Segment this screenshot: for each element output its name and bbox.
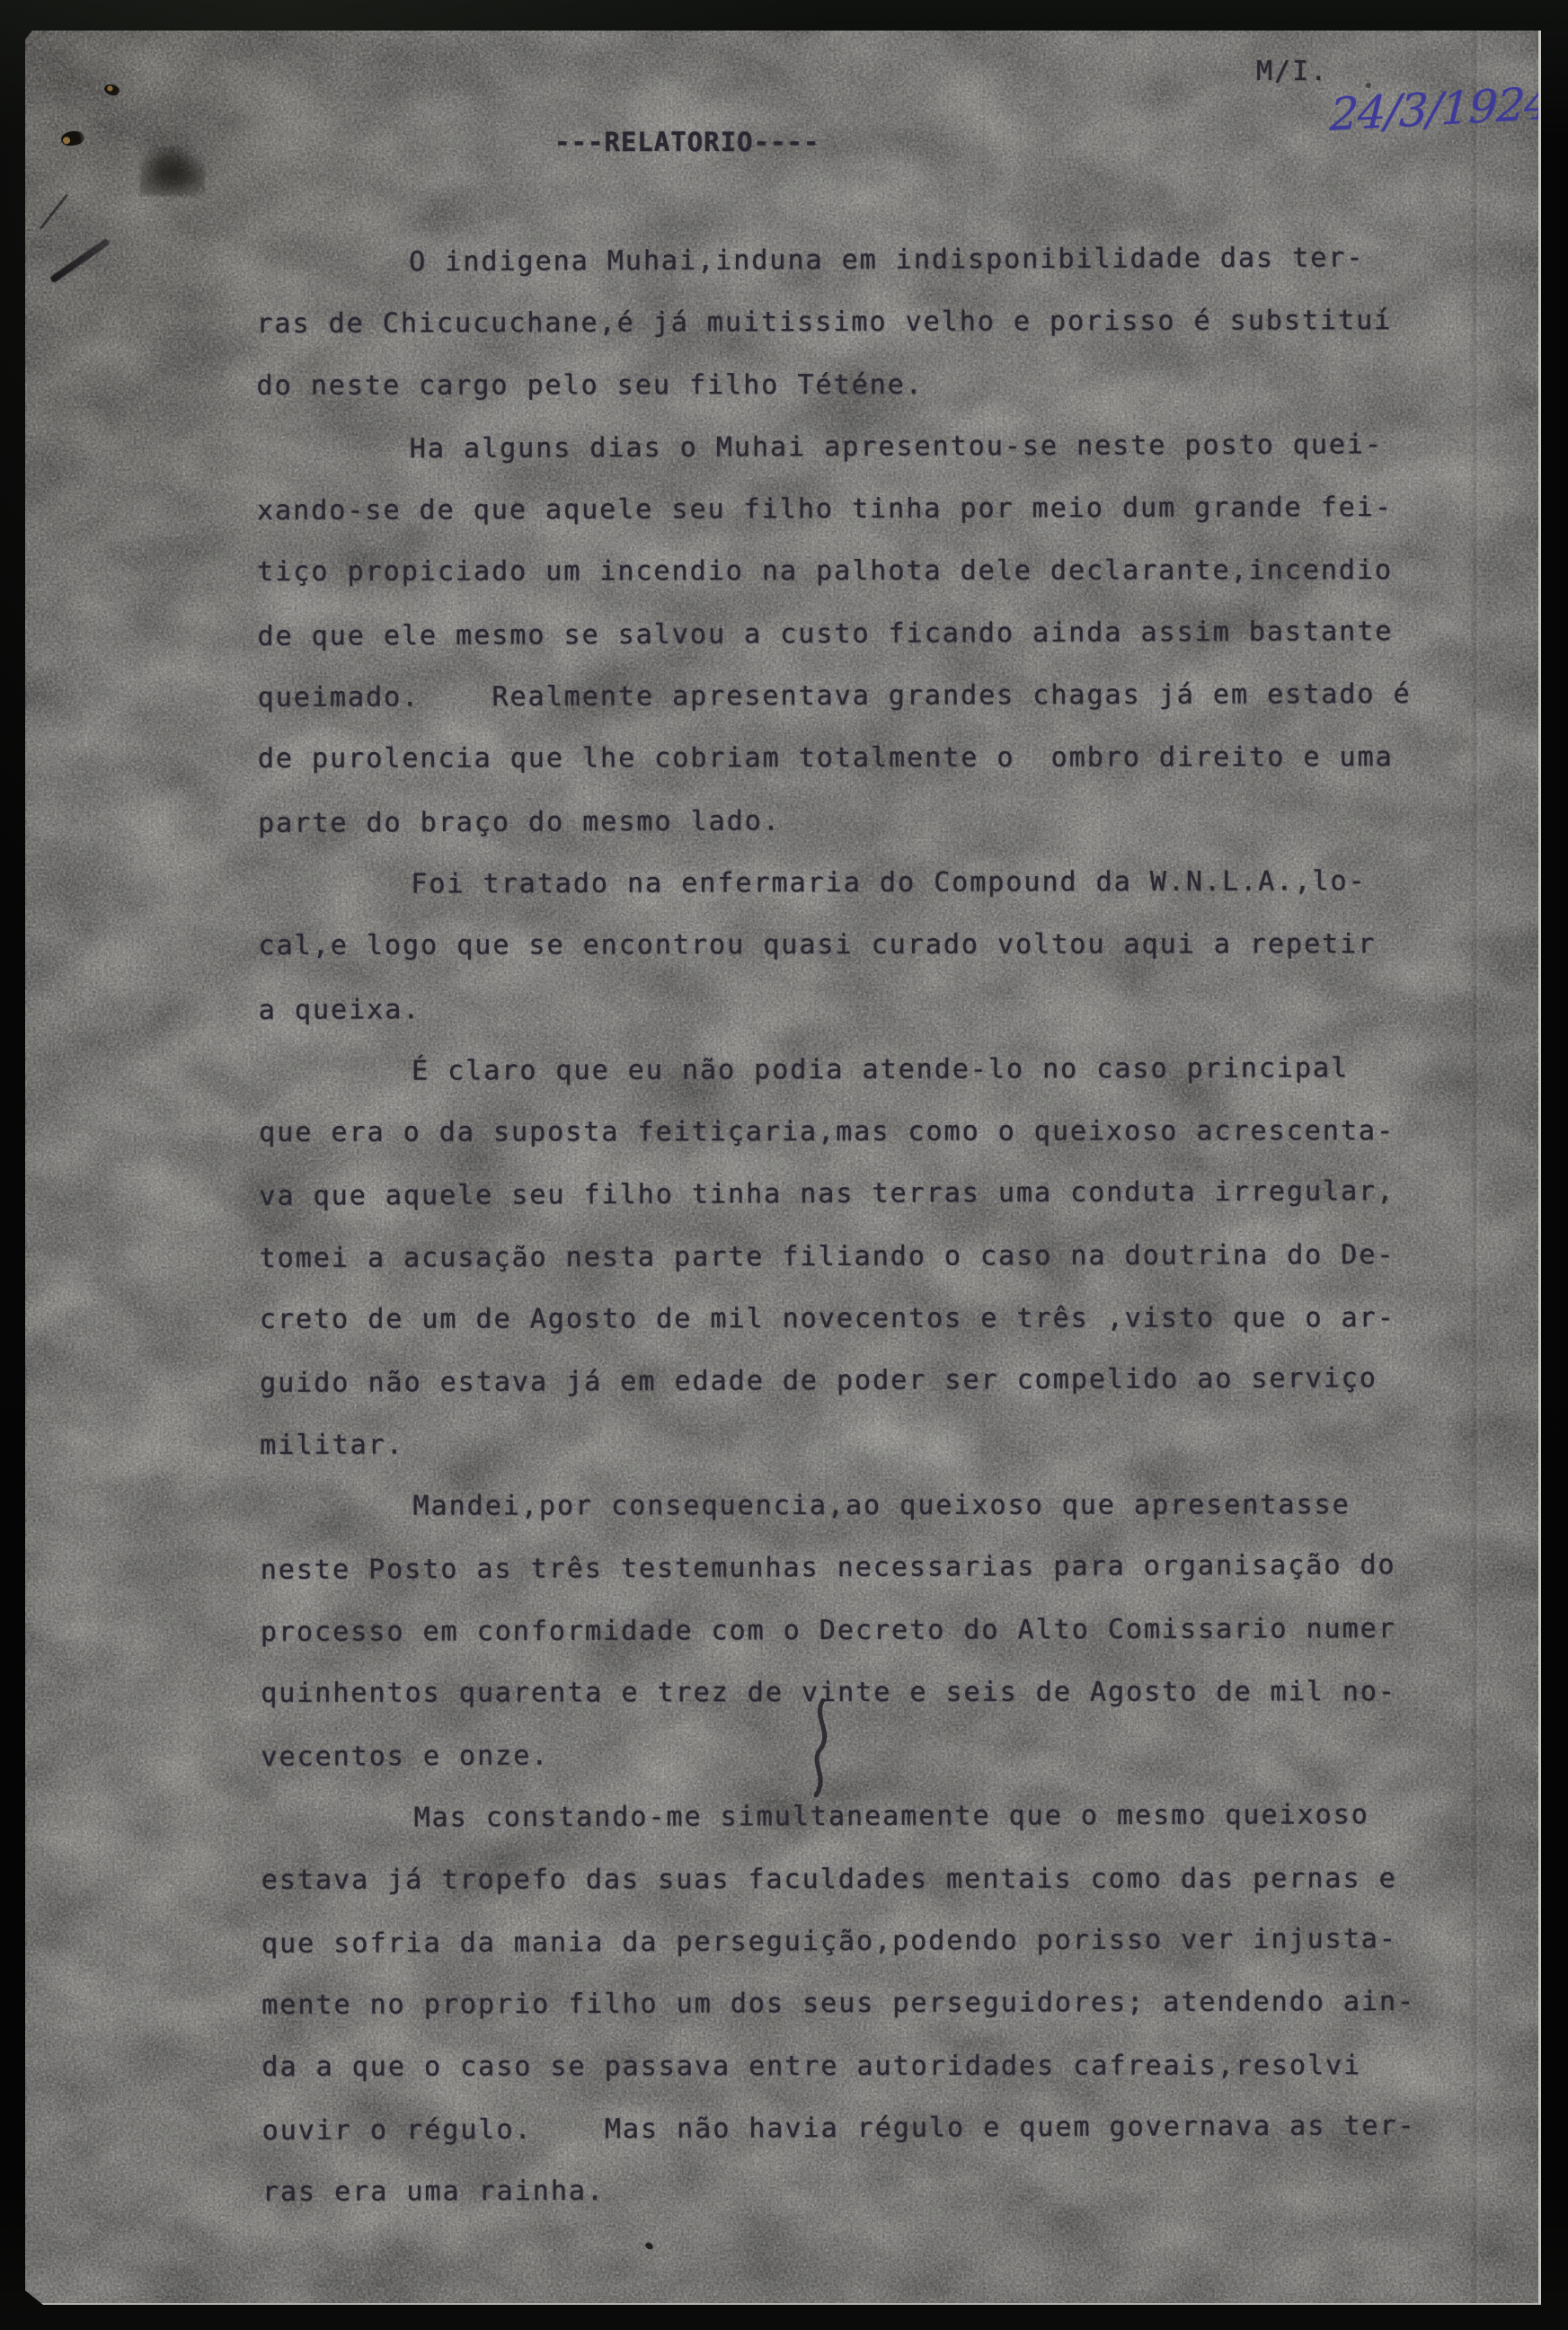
text-line: que sofria da mania da perseguição,poden… <box>261 1908 1415 1975</box>
text-line: militar. <box>260 1411 1413 1476</box>
scratch-mark <box>40 194 68 230</box>
text-line: de que ele mesmo se salvou a custo fican… <box>257 600 1411 668</box>
text-line: quinhentos quarenta e trez de vinte e se… <box>261 1661 1414 1724</box>
report-title: ---RELATORIO---- <box>554 127 819 157</box>
text-line: da a que o caso se passava entre autorid… <box>261 2034 1415 2098</box>
photo-background: M/I. 24/3/1924 ---RELATORIO---- O indige… <box>0 0 1568 2330</box>
text-line: Mandei,por consequencia,ao queixoso que … <box>260 1474 1413 1537</box>
diagonal-crease <box>25 31 241 68</box>
ink-smudge <box>140 146 205 196</box>
document-body: O indigena Muhai,induna em indisponibili… <box>256 227 1416 2224</box>
text-line: de purolencia que lhe cobriam totalmente… <box>258 726 1412 790</box>
text-line: É claro que eu não podia atende-lo no ca… <box>259 1037 1413 1103</box>
text-line: O indigena Muhai,induna em indisponibili… <box>256 226 1410 294</box>
text-line: que era o da suposta feitiçaria,mas como… <box>259 1100 1413 1164</box>
ink-dot <box>644 2241 654 2251</box>
text-line: do neste cargo pelo seu filho Téténe. <box>256 353 1410 417</box>
ink-blot <box>102 82 120 98</box>
text-line: neste Posto as três testemunhas necessar… <box>261 1534 1414 1601</box>
text-line: mente no proprio filho um dos seus perse… <box>261 1971 1415 2036</box>
text-line: ras era uma rainha. <box>262 2157 1416 2223</box>
text-line: Foi tratado na enfermaria do Compound da… <box>258 850 1412 916</box>
text-line: vecentos e onze. <box>261 1721 1414 1788</box>
text-line: tiço propiciado um incendio na palhota d… <box>257 540 1411 604</box>
text-line: processo em conformidade com o Decreto d… <box>261 1597 1414 1662</box>
text-line: a queixa. <box>259 974 1413 1041</box>
handwritten-date-annotation: 24/3/1924 <box>1329 76 1541 141</box>
text-line: estava já tropefo das suas faculdades me… <box>261 1847 1415 1911</box>
text-line: guido não estava já em edade de poder se… <box>260 1347 1413 1414</box>
text-line: cal,e logo que se encontrou quasi curado… <box>258 913 1412 977</box>
text-line: Ha alguns dias o Muhai apresentou-se nes… <box>257 413 1411 481</box>
text-line: tomei a acusação nesta parte filiando o … <box>259 1224 1413 1289</box>
text-line: ras de Chicucuchane,é já muitissimo velh… <box>256 289 1410 355</box>
ink-blot <box>60 128 86 147</box>
text-line: queimado. Realmente apresentava grandes … <box>258 663 1412 729</box>
text-line: xando-se de que aquele seu filho tinha p… <box>257 476 1411 542</box>
vertical-fold-crease <box>1470 31 1481 2303</box>
text-line: parte do braço do mesmo lado. <box>258 787 1412 855</box>
text-line: creto de um de Agosto de mil novecentos … <box>260 1287 1413 1351</box>
text-line: va que aquele seu filho tinha nas terras… <box>259 1161 1413 1228</box>
scanned-paper: M/I. 24/3/1924 ---RELATORIO---- O indige… <box>25 31 1541 2305</box>
text-line: ouvir o régulo. Mas não havia régulo e q… <box>261 2095 1415 2162</box>
pen-stroke <box>49 237 111 283</box>
reference-mark: M/I. <box>1256 56 1328 87</box>
text-line: Mas constando-me simultaneamente que o m… <box>261 1784 1414 1849</box>
